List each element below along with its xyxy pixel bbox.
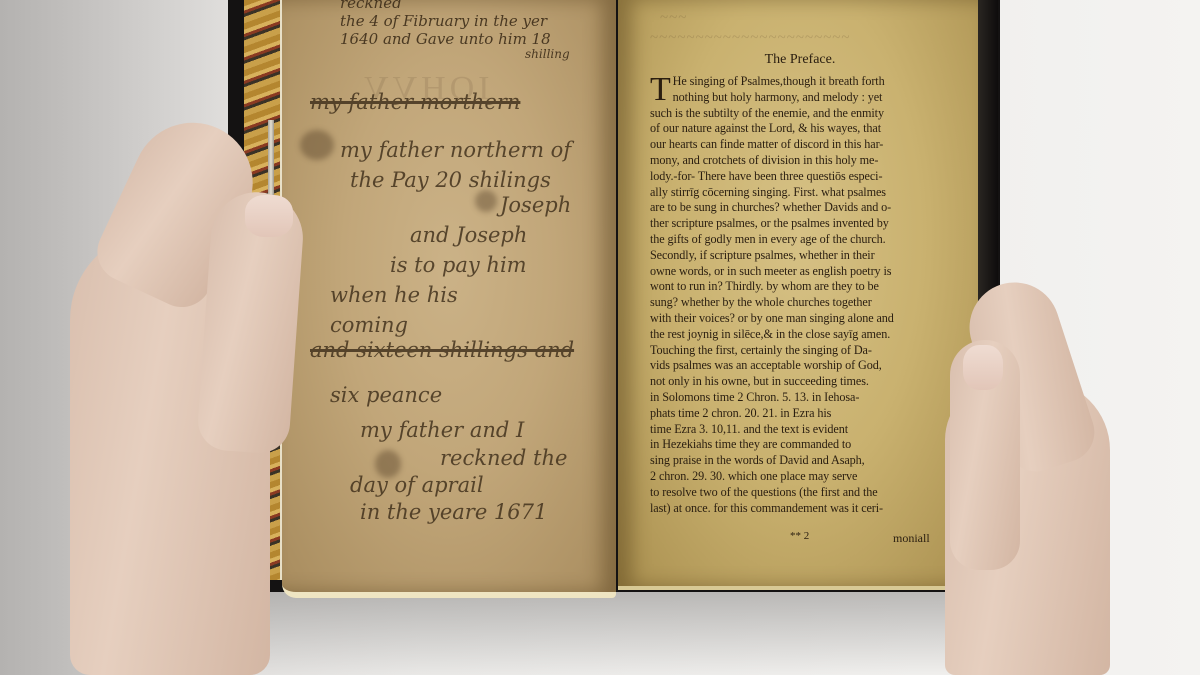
handwriting-line: is to pay him <box>390 255 527 276</box>
preface-line: not only in his owne, but in succeeding … <box>650 374 950 390</box>
handwriting-line: my father and I <box>360 420 524 441</box>
drop-cap: T <box>650 76 671 104</box>
preface-line: ther scripture psalmes, or the psalmes i… <box>650 216 950 232</box>
ink-smudge <box>475 190 497 212</box>
handwriting-line: the 4 of Fibruary in the yer <box>340 14 547 29</box>
handwriting-line: reckned the <box>440 448 567 469</box>
book-shadow <box>230 590 990 675</box>
signature-mark: ** 2 <box>790 530 809 542</box>
preface-line: last) at once. for this commandement was… <box>650 501 950 517</box>
bleed-through-text: ~~~~~~~~~~~~~~~~~~~~~~ <box>650 30 851 47</box>
preface-line: sung? whether by the whole churches toge… <box>650 295 950 311</box>
handwriting-line: when he his <box>330 285 458 306</box>
preface-text: The Preface. THe singing of Psalmes,thou… <box>650 52 950 516</box>
handwriting-line: and Joseph <box>410 225 527 246</box>
preface-line: Secondly, if scripture psalmes, whether … <box>650 248 950 264</box>
handwriting-line: the Pay 20 shilings <box>350 170 551 191</box>
preface-line: vids psalmes was an acceptable worship o… <box>650 358 950 374</box>
preface-line: sing praise in the words of David and As… <box>650 453 950 469</box>
catchword: moniall <box>893 531 930 546</box>
left-thumbnail <box>245 195 293 237</box>
preface-title: The Preface. <box>650 52 950 68</box>
preface-line: are to be sung in churches? whether Davi… <box>650 200 950 216</box>
handwriting-line: 1640 and Gave unto him 18 <box>340 32 551 47</box>
preface-line: the gifts of godly men in every age of t… <box>650 232 950 248</box>
preface-line: our hearts can finde matter of discord i… <box>650 137 950 153</box>
preface-line: to resolve two of the questions (the fir… <box>650 485 950 501</box>
handwriting-line-struck: my father morthern <box>310 92 520 113</box>
ink-smudge <box>300 130 334 160</box>
preface-line: phats time 2 chron. 20. 21. in Ezra his <box>650 406 950 422</box>
preface-line: wont to run in? Thirdly. by whom are the… <box>650 279 950 295</box>
handwriting-line-struck: and sixteen shillings and <box>310 340 574 361</box>
preface-line: in Hezekiahs time they are commanded to <box>650 437 950 453</box>
preface-line: such is the subtilty of the enemie, and … <box>650 106 950 122</box>
preface-line: time Ezra 3. 10,11. and the text is evid… <box>650 422 950 438</box>
preface-line: 2 chron. 29. 30. which one place may ser… <box>650 469 950 485</box>
preface-line: in Solomons time 2 Chron. 5. 13. in Ieho… <box>650 390 950 406</box>
preface-line: the rest joynig in silēce,& in the close… <box>650 327 950 343</box>
handwriting-line: day of aprail <box>350 475 484 496</box>
preface-line: mony, and crotchets of division in this … <box>650 153 950 169</box>
preface-line: ally stirrīg cōcerning singing. First. w… <box>650 185 950 201</box>
preface-line: THe singing of Psalmes,though it breath … <box>650 74 950 90</box>
handwriting-line: in the yeare 1671 <box>360 502 547 523</box>
preface-line: Touching the first, certainly the singin… <box>650 343 950 359</box>
handwriting-line: reckned <box>340 0 402 11</box>
handwriting-line: coming <box>330 315 408 336</box>
preface-line: lody.-for- There have been three questiō… <box>650 169 950 185</box>
handwriting-line: six peance <box>330 385 442 406</box>
handwriting-line: Joseph <box>500 195 571 216</box>
preface-line: of our nature against the Lord, & his wa… <box>650 121 950 137</box>
handwriting-line: shilling <box>525 48 570 60</box>
right-thumbnail <box>963 345 1003 390</box>
preface-line: with their voices? or by one man singing… <box>650 311 950 327</box>
preface-line: owne words, or in such meeter as english… <box>650 264 950 280</box>
bleed-through-text: ~~~ <box>660 10 687 27</box>
preface-line: nothing but holy harmony, and melody : y… <box>650 90 950 106</box>
handwriting-line: my father northern of <box>340 140 571 161</box>
